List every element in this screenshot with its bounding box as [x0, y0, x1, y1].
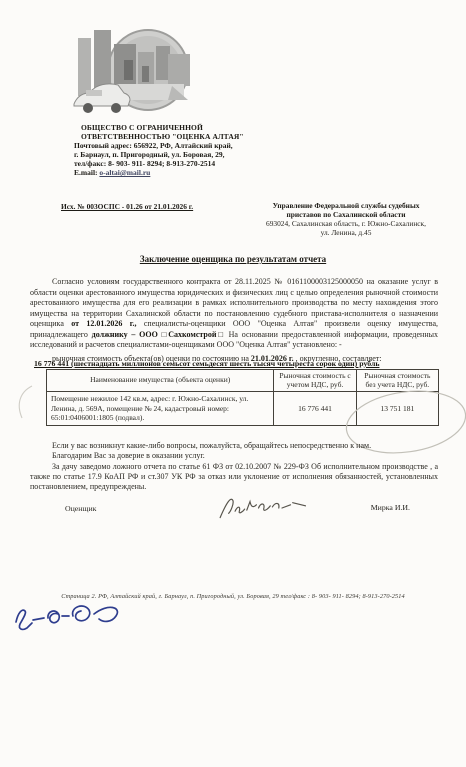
company-email: o-altai@mail.ru [99, 168, 150, 177]
addressee-block: Управление Федеральной службы судебных п… [246, 201, 446, 237]
company-postal-address-line1: Почтовый адрес: 656922, РФ, Алтайский кр… [74, 141, 264, 150]
company-photo-logo [72, 26, 204, 123]
table-header-row: Наименование имущества (объекта оценки) … [47, 370, 439, 392]
scanned-document-page: ОБЩЕСТВО С ОГРАНИЧЕННОЙ ОТВЕТСТВЕННОСТЬЮ… [0, 0, 466, 767]
header-value-without-vat: Рыночная стоимость без учета НДС, руб. [356, 370, 438, 392]
debtor-name: должнику – ООО □Сахкомстрой□ [92, 330, 225, 339]
header-value-with-vat: Рыночная стоимость с учетом НДС, руб. [274, 370, 356, 392]
total-amount-line: 16 776 441 (шестнадцать миллионов семьсо… [34, 359, 438, 368]
cell-value-with-vat: 16 776 441 [274, 392, 356, 426]
company-name-line2: ОТВЕТСТВЕННОСТЬЮ "ОЦЕНКА АЛТАЯ" [74, 132, 264, 141]
closing-thanks-line: Благодарим Вас за доверие в оказании усл… [30, 451, 438, 461]
cell-value-without-vat: 13 751 181 [356, 392, 438, 426]
company-email-line: E.mail: o-altai@mail.ru [74, 168, 264, 177]
valuation-table: Наименование имущества (объекта оценки) … [46, 369, 439, 426]
company-phone: тел/факс: 8- 903- 911- 8294; 8-913-270-2… [74, 159, 264, 168]
signer-role: Оценщик [65, 504, 96, 513]
table-row: Помещение нежилое 142 кв.м, адрес: г. Юж… [47, 392, 439, 426]
company-postal-address-line2: г. Барнаул, п. Пригородный, ул. Боровая,… [74, 150, 264, 159]
cell-property-description: Помещение нежилое 142 кв.м, адрес: г. Юж… [47, 392, 274, 426]
letterhead: ОБЩЕСТВО С ОГРАНИЧЕННОЙ ОТВЕТСТВЕННОСТЬЮ… [74, 123, 264, 177]
body-paragraph-contract: Согласно условиям государственного контр… [30, 277, 438, 351]
company-name-line1: ОБЩЕСТВО С ОГРАНИЧЕННОЙ [74, 123, 264, 132]
header-property-name: Наименование имущества (объекта оценки) [47, 370, 274, 392]
document-title: Заключение оценщика по результатам отчет… [0, 254, 466, 264]
addressee-name-line2: приставов по Сахалинской области [246, 210, 446, 219]
closing-liability-line: За дачу заведомо ложного отчета по стать… [30, 462, 438, 493]
closing-contact-line: Если у вас возникнут какие-либо вопросы,… [30, 441, 438, 451]
signer-name: Мирка И.И. [371, 503, 410, 512]
signature-row: Оценщик Мирка И.И. [30, 498, 438, 524]
pencil-tick-mark [10, 382, 36, 422]
outgoing-reference-number: Исх. № 003ОСПС - 01.26 от 21.01.2026 г. [61, 202, 193, 211]
closing-paragraphs: Если у вас возникнут какие-либо вопросы,… [30, 441, 438, 492]
email-label: E.mail: [74, 168, 98, 177]
addressee-address-line2: ул. Ленина, д.45 [246, 228, 446, 237]
addressee-address-line1: 693024, Сахалинская область, г. Южно-Сах… [246, 219, 446, 228]
addressee-name-line1: Управление Федеральной службы судебных [246, 201, 446, 210]
appointment-date: от 12.01.2026 г., [71, 319, 136, 328]
appraiser-signature-scribble [218, 494, 314, 522]
blue-ink-scribble [12, 598, 130, 644]
